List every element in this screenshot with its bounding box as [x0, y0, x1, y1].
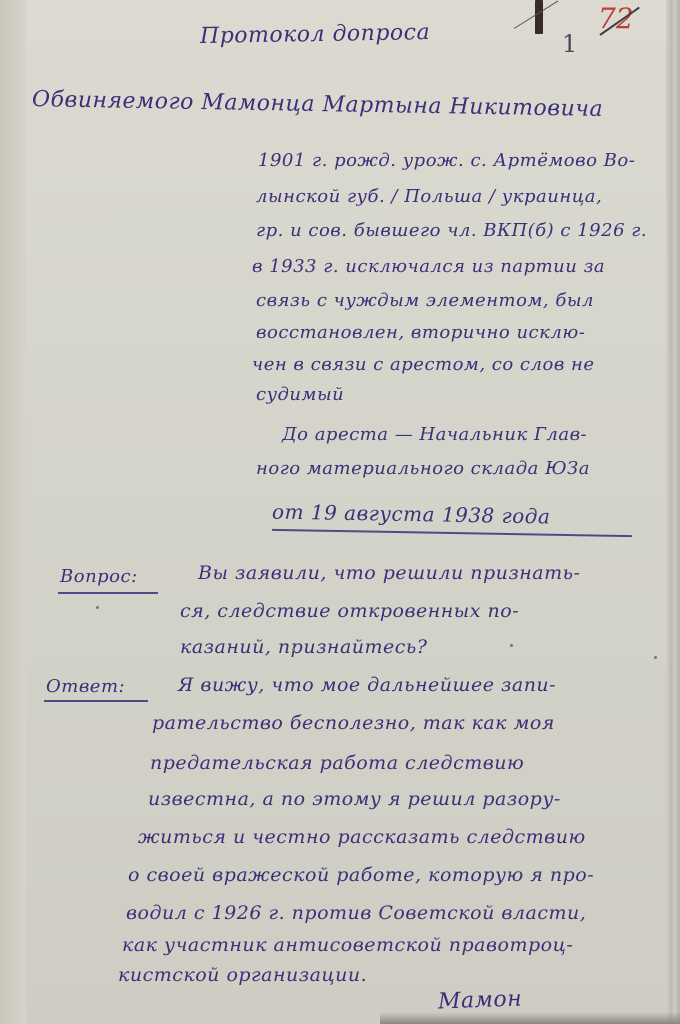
answer-line: житься и честно рассказать следствию [138, 826, 586, 848]
bio-line: судимый [256, 384, 344, 405]
page-number: 1 [562, 30, 578, 58]
answer-line: водил с 1926 г. против Советской власти, [126, 902, 586, 924]
answer-line: Я вижу, что мое дальнейшее запи- [178, 674, 556, 696]
answer-label-underline [44, 700, 148, 702]
document-page: 1 72 Протокол допроса Обвиняемого Мамонц… [0, 0, 680, 1024]
paper-speck [292, 648, 295, 651]
bio-line: связь с чуждым элементом, был [256, 290, 594, 311]
question-label-underline [58, 592, 158, 594]
date-underline [272, 529, 632, 537]
bio-line: восстановлен, вторично исклю- [256, 322, 585, 343]
bio-line: гр. и сов. бывшего чл. ВКП(б) с 1926 г. [256, 220, 647, 241]
paper-speck [96, 606, 99, 609]
page-right-edge [666, 0, 680, 1024]
paper-speck [654, 656, 657, 659]
answer-line: предательская работа следствию [150, 752, 524, 774]
answer-line: известна, а по этому я решил разору- [148, 788, 561, 810]
signature: Мамон [438, 987, 523, 1015]
page-bottom-edge [380, 1012, 680, 1024]
bio-line: лынской губ. / Польша / украинца, [256, 186, 602, 207]
bio-line: чен в связи с арестом, со слов не [252, 354, 595, 375]
question-line: ся, следствие откровенных по- [180, 600, 519, 622]
question-label: Вопрос: [60, 566, 138, 587]
interrogation-date: от 19 августа 1938 года [272, 500, 551, 529]
binding-mark [535, 0, 543, 34]
position-line: До ареста — Начальник Глав- [282, 424, 587, 445]
page-left-shadow [0, 0, 26, 1024]
answer-line: рательство бесполезно, так как моя [152, 712, 555, 734]
answer-line: как участник антисоветской правотроц- [122, 934, 573, 956]
answer-line: кистской организации. [118, 964, 367, 986]
bio-line: в 1933 г. исключался из партии за [252, 256, 605, 277]
answer-line: о своей вражеской работе, которую я про- [128, 864, 594, 886]
document-title: Протокол допроса [200, 20, 431, 49]
question-line: Вы заявили, что решили признать- [198, 562, 580, 584]
paper-speck [510, 644, 513, 647]
bio-line: 1901 г. рожд. урож. с. Артёмово Во- [258, 150, 635, 171]
answer-label: Ответ: [46, 676, 125, 697]
question-line: казаний, признайтесь? [180, 636, 427, 658]
position-line: ного материального склада ЮЗа [256, 458, 590, 479]
document-subject: Обвиняемого Мамонца Мартына Никитовича [32, 87, 603, 122]
